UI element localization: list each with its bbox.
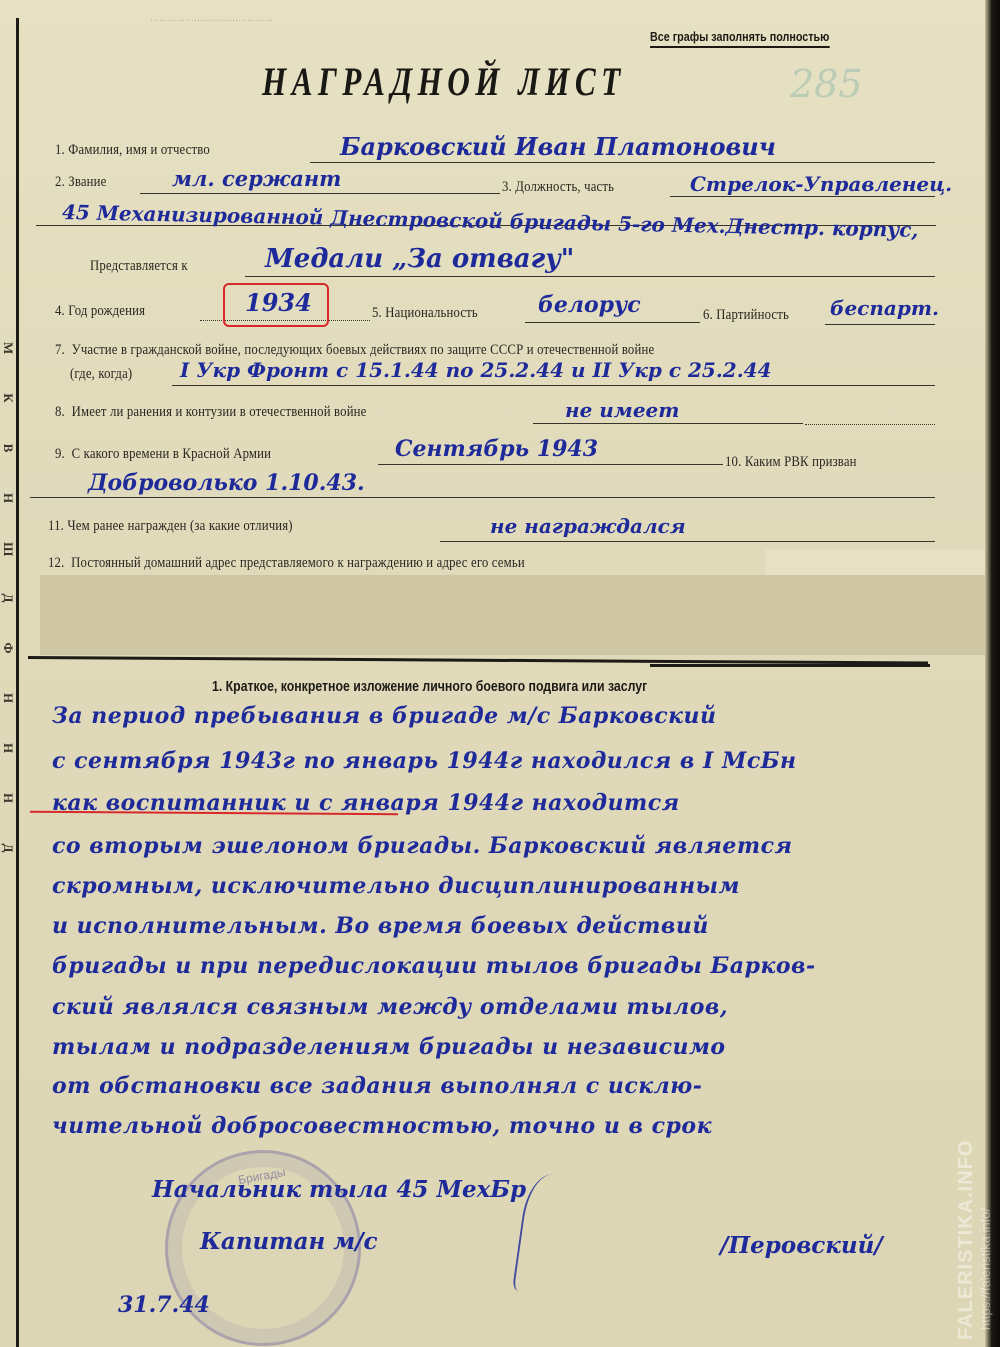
field-7-label: 7. Участие в гражданской войне, последую… [55,342,654,359]
field-11-value: не награждался [490,514,686,538]
presented-for-underline [245,276,935,277]
scan-edge [985,0,1000,1347]
watermark-brand: FALERISTIKA.INFO [955,1140,978,1340]
margin-letter: Н [0,792,16,804]
field-2-value: мл. сержант [172,166,341,191]
field-1-value: Барковский Иван Платонович [340,132,776,161]
margin-letter: Д [0,842,16,854]
narrative-line: с сентября 1943г по январь 1944г находил… [52,748,982,774]
field-1-underline [310,162,935,163]
margin-letter: К [0,392,16,404]
field-11-label: 11. Чем ранее награжден (за какие отличи… [48,518,293,535]
narrative-line: от обстановки все задания выполнял с иск… [52,1073,982,1099]
document-title: НАГРАДНОЙ ЛИСТ [262,58,626,105]
field-10-value: Доброволько 1.10.43. [88,470,365,496]
signer-position: Начальник тыла 45 МехБр [152,1176,526,1203]
field-10-label: 10. Каким РВК призван [725,454,857,471]
field-8-label: 8. Имеет ли ранения и контузии в отечест… [55,404,367,421]
margin-letter: М [0,342,16,354]
field-5-underline [525,322,700,323]
field-3-underline [670,196,935,197]
field-2-label: 2. Звание [55,174,107,191]
field-8-underline [533,423,803,424]
margin-letter: Д [0,592,16,604]
section-divider-right [650,664,930,667]
narrative-line: бригады и при передислокации тылов брига… [52,953,982,979]
archive-number: 285 [790,62,863,106]
left-margin-rule [16,18,19,1347]
margin-letter: Ш [0,542,16,554]
field-11-underline [440,541,935,542]
redaction-patch [765,549,985,577]
narrative-line: ский являлся связным между отделами тыло… [52,994,982,1020]
field-3-value: Стрелок-Управленец. [690,172,952,196]
margin-letter: Ф [0,642,16,654]
presented-for-label: Представляется к [90,258,188,275]
redacted-address-block [40,575,985,655]
signer-rank: Капитан м/с [200,1228,378,1255]
field-7-underline [172,385,935,386]
presented-for-value: Медали „За отвагу" [265,244,574,274]
margin-letter: Н [0,742,16,754]
signer-name: /Перовский/ [720,1232,883,1259]
field-9-underline [378,464,723,465]
field-1-label: 1. Фамилия, имя и отчество [55,142,210,159]
field-9-value: Сентябрь 1943 [395,436,598,462]
field-10-underline [30,497,935,498]
margin-letter: Н [0,692,16,704]
narrative-line: чительной добросовестностью, точно и в с… [52,1113,982,1139]
faint-header-text: …………………………………… [150,12,273,24]
field-2-underline [140,193,500,194]
margin-letter: В [0,442,16,454]
field-7-value: I Укр Фронт с 15.1.44 по 25.2.44 и II Ук… [180,358,772,382]
narrative-line: со вторым эшелоном бригады. Барковский я… [52,833,982,859]
narrative-line: тылам и подразделениям бригады и независ… [52,1034,982,1060]
field-6-underline [825,324,935,325]
field-8-dotted-line [805,424,935,425]
margin-letter: Н [0,492,16,504]
margin-letters: М К В Н Ш Д Ф Н Н Н Д [2,340,14,856]
field-6-label: 6. Партийность [703,307,789,324]
narrative-line: и исполнительным. Во время боевых действ… [52,913,982,939]
field-8-value: не имеет [565,398,679,422]
narrative-section-title: 1. Краткое, конкретное изложение личного… [212,678,647,695]
field-4-label: 4. Год рождения [55,303,145,320]
narrative-line: скромным, исключительно дисциплинированн… [52,873,982,899]
field-6-value: беспарт. [830,296,939,320]
narrative-line: За период пребывания в бригаде м/с Барко… [52,703,982,729]
field-12-label: 12. Постоянный домашний адрес представля… [48,555,525,572]
field-5-label: 5. Национальность [372,305,478,322]
red-annotation-box [223,283,329,327]
field-9-label: 9. С какого времени в Красной Армии [55,446,271,463]
field-3-label: 3. Должность, часть [502,179,614,196]
signature-date: 31.7.44 [118,1292,210,1318]
field-5-value: белорус [538,292,641,318]
watermark-url: https://faleristika.info/ [978,1208,993,1330]
fill-instruction: Все графы заполнять полностью [650,30,829,48]
field-7-label-where-when: (где, когда) [70,366,132,383]
